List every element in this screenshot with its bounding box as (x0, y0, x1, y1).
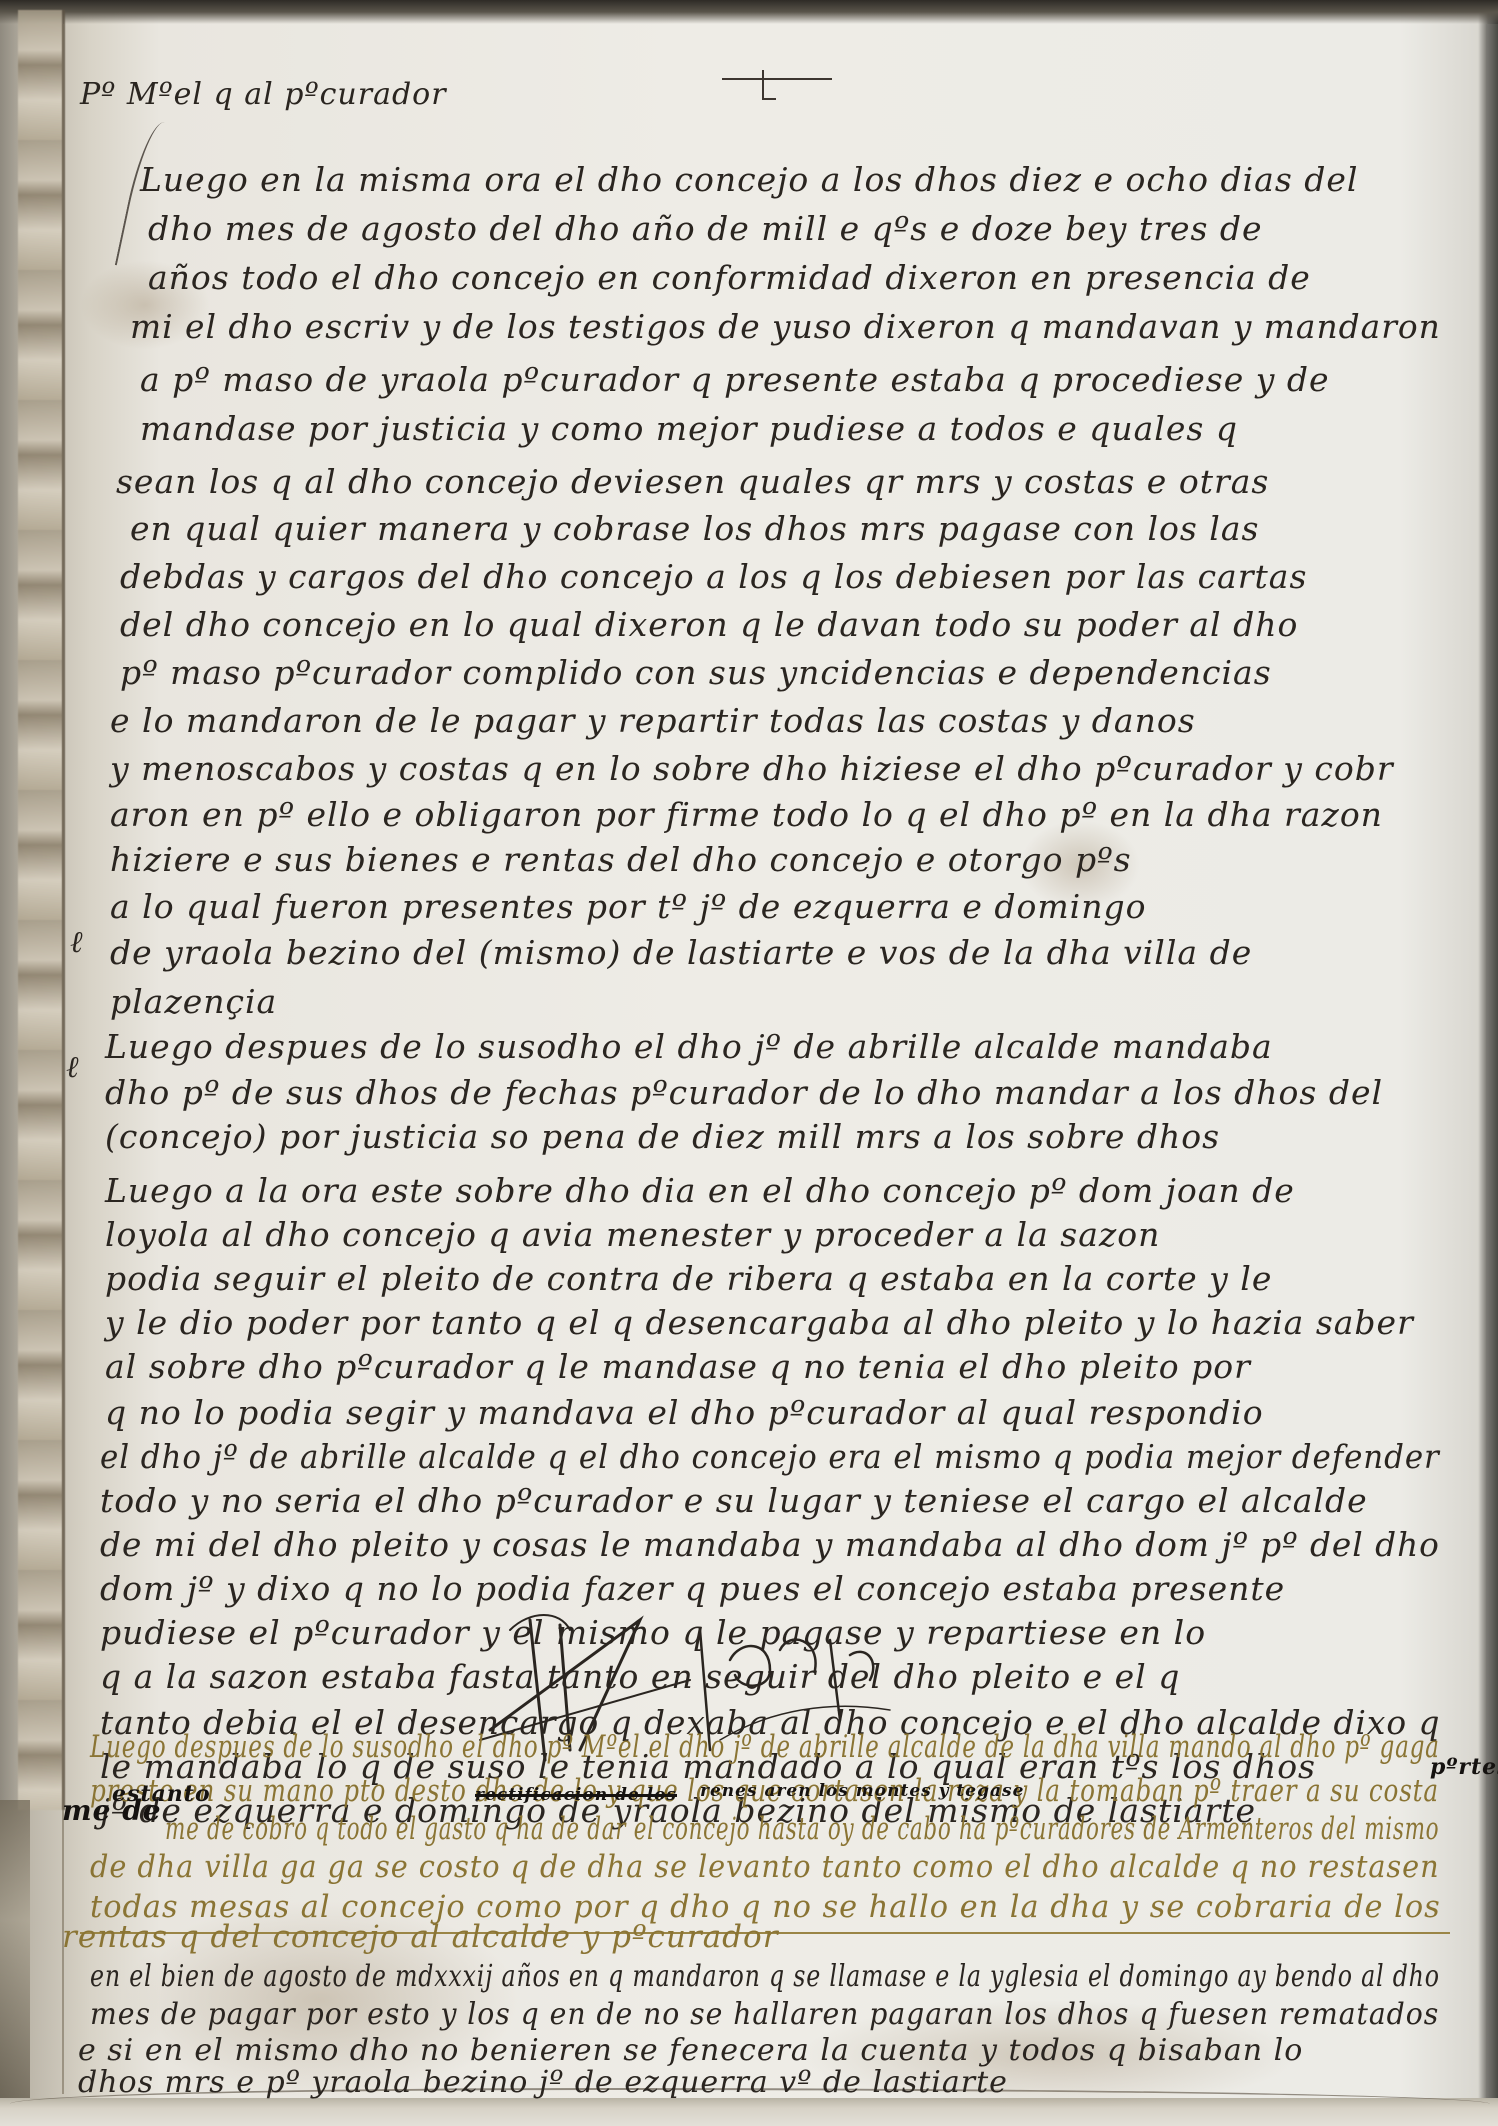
text-line: hiziere e sus bienes e rentas del dho co… (110, 843, 1132, 876)
annotation-line: Luego despues de lo susodho el dho pº Mº… (90, 1732, 1440, 1763)
text-line: loyola al dho concejo q avia menester y … (105, 1218, 1160, 1251)
page-right-edge (1486, 24, 1498, 2126)
text-line: a lo qual fueron presentes por tº jº de … (110, 890, 1146, 923)
text-line: y menoscabos y costas q en lo sobre dho … (110, 752, 1394, 785)
margin-mark: ℓ (70, 925, 83, 960)
damaged-binding-strip (18, 10, 65, 1810)
margin-insertion: pºrtesta (1430, 1756, 1498, 1778)
text-line: aron en pº ello e obligaron por firme to… (110, 798, 1383, 831)
margin-mark: ℓ (66, 1050, 79, 1085)
text-line: Luego a la ora este sobre dho dia en el … (105, 1174, 1295, 1207)
text-line: e si en el mismo dho no benieren se fene… (78, 2036, 1303, 2066)
text-line: pº maso pºcurador complido con sus yncid… (120, 656, 1272, 689)
text-line: a pº maso de yraola pºcurador q presente… (140, 363, 1330, 396)
text-line: sean los q al dho concejo deviesen quale… (116, 465, 1269, 498)
text-line: del dho concejo en lo qual dixeron q le … (120, 608, 1298, 641)
text-line: Luego despues de lo susodho el dho jº de… (105, 1030, 1273, 1063)
text-line: mandase por justicia y como mejor pudies… (140, 412, 1238, 445)
interlinear-insertion: renes aren los montes y tegase (700, 1783, 1024, 1800)
text-line: en el bien de agosto de mdxxxij años en … (90, 1962, 1440, 1992)
text-line: de yraola bezino del (mismo) de lastiart… (110, 936, 1252, 969)
page-left-edge (62, 24, 64, 2094)
annotation-line: me de cobro q todo el gasto q ha de dar … (165, 1814, 1439, 1845)
text-line: e lo mandaron de le pagar y repartir tod… (110, 704, 1196, 737)
text-line: y le dio poder por tanto q el q desencar… (105, 1306, 1414, 1339)
text-line: todo y no seria el dho pºcurador e su lu… (100, 1484, 1368, 1517)
text-line: el dho jº de abrille alcalde q el dho co… (100, 1440, 1440, 1473)
text-line: en qual quier manera y cobrase los dhos … (130, 512, 1259, 545)
text-line: podia seguir el pleito de contra de ribe… (105, 1262, 1272, 1295)
text-line: mes de pagar por esto y los q en de no s… (90, 2000, 1439, 2030)
interlinear-insertion: estanto (112, 1783, 211, 1805)
text-line: Luego en la misma ora el dho concejo a l… (140, 163, 1358, 196)
text-line: al sobre dho pºcurador q le mandase q no… (105, 1350, 1251, 1383)
annotation-line: rentas q del concejo al alcalde y pºcura… (62, 1922, 779, 1953)
annotation-line: de dha villa ga ga se costo q de dha se … (90, 1852, 1440, 1883)
text-line: mi el dho escriv y de los testigos de yu… (130, 310, 1441, 343)
text-line: dho pº de sus dhos de fechas pºcurador d… (105, 1076, 1383, 1109)
binding-lower-shadow (0, 1800, 30, 2100)
text-line: años todo el dho concejo en conformidad … (148, 261, 1311, 294)
text-line: dho mes de agosto del dho año de mill e … (148, 212, 1263, 245)
text-line: debdas y cargos del dho concejo a los q … (120, 560, 1307, 593)
struck-insertion: rectificacion de los (475, 1787, 677, 1804)
text-line: q no lo podia segir y mandava el dho pºc… (105, 1396, 1264, 1429)
cross-mark-icon (722, 70, 832, 110)
text-line: dhos mrs e pº yraola bezino jº de ezquer… (78, 2068, 1008, 2098)
text-line: (concejo) por justicia so pena de diez m… (105, 1120, 1220, 1153)
marginal-title: Pº Mºel q al pºcurador (80, 80, 447, 110)
text-line: de mi del dho pleito y cosas le mandaba … (100, 1528, 1440, 1561)
manuscript-scan: Pº Mºel q al pºcurador Luego en la misma… (0, 0, 1498, 2126)
text-line: plazençia (110, 985, 277, 1018)
